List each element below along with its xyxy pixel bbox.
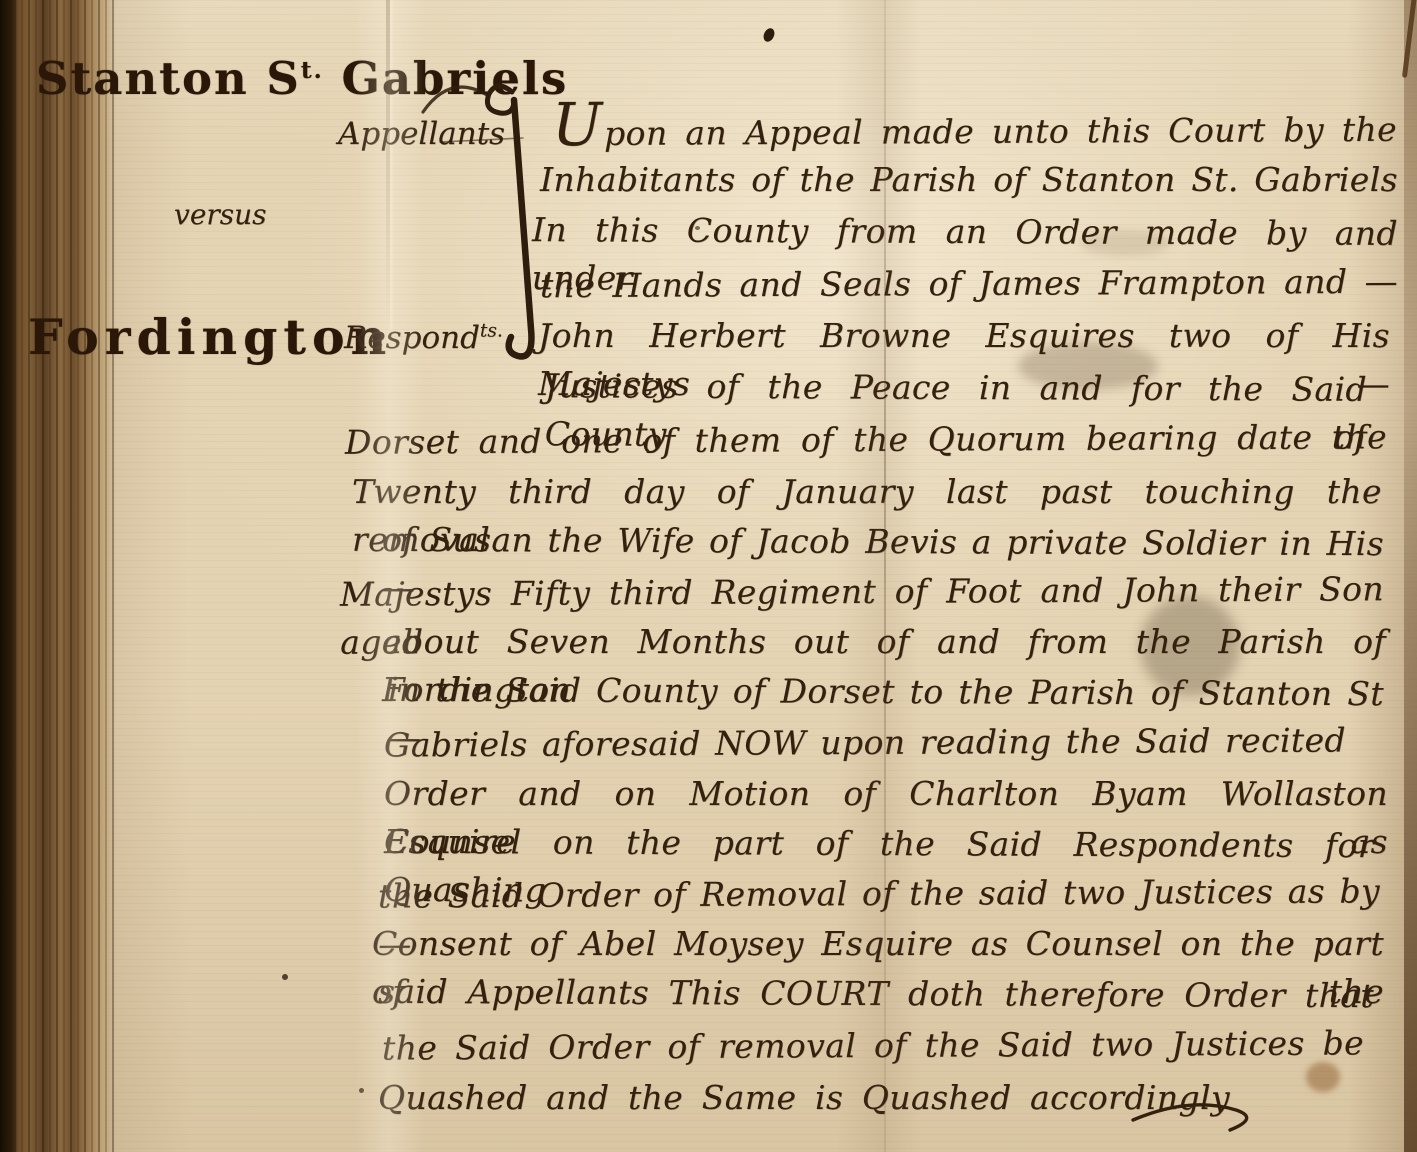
manuscript-line: the Hands and Seals of James Frampton an…: [540, 258, 1398, 312]
manuscript-line: In this County from an Order made by and…: [532, 206, 1398, 260]
manuscript-line: of Susan the Wife of Jacob Bevis a priva…: [382, 516, 1384, 570]
manuscript-line: Order and on Motion of Charlton Byam Wol…: [384, 770, 1388, 820]
manuscript-line: the Said Order of Removal of the said tw…: [378, 867, 1380, 922]
manuscript-line: about Seven Months out of and from the P…: [382, 618, 1386, 668]
manuscript-page: Stanton St. Gabriels Appellants versus F…: [0, 0, 1417, 1152]
ink-speck: [762, 27, 777, 44]
versus-label: versus: [174, 198, 267, 231]
ink-speck: [282, 974, 288, 980]
page-right-edge: [1404, 0, 1417, 1152]
manuscript-line: Majestys Fifty third Regiment of Foot an…: [340, 565, 1384, 620]
manuscript-line: the Said Order of removal of the Said tw…: [382, 1019, 1364, 1074]
manuscript-line: in the Said County of Dorset to the Pari…: [388, 666, 1384, 720]
manuscript-line: Inhabitants of the Parish of Stanton St.…: [540, 156, 1398, 206]
ink-speck: [359, 1088, 364, 1093]
respondent-parish-name: Fordington: [28, 308, 392, 366]
manuscript-line: Consent of Abel Moysey Esquire as Counse…: [372, 920, 1384, 970]
manuscript-line: Counsel on the part of the Said Responde…: [384, 818, 1374, 872]
paper-crease-top: [386, 0, 390, 330]
manuscript-line: Quashed and the Same is Quashed accordin…: [378, 1074, 1230, 1124]
manuscript-line: Justices of the Peace in and for the Sai…: [545, 362, 1367, 416]
superscript-t: t.: [301, 56, 324, 84]
manuscript-line: Upon an Appeal made unto this Court by t…: [552, 100, 1397, 154]
manuscript-line: John Herbert Browne Esquires two of His …: [538, 312, 1390, 362]
manuscript-line: said Appellants This COURT doth therefor…: [378, 968, 1374, 1022]
manuscript-line: Twenty third day of January last past to…: [352, 468, 1382, 518]
book-binding-edge: [0, 0, 18, 1152]
manuscript-line: Gabriels aforesaid NOW upon reading the …: [384, 716, 1346, 771]
manuscript-line: Dorset and one of them of the Quorum bea…: [345, 413, 1387, 468]
